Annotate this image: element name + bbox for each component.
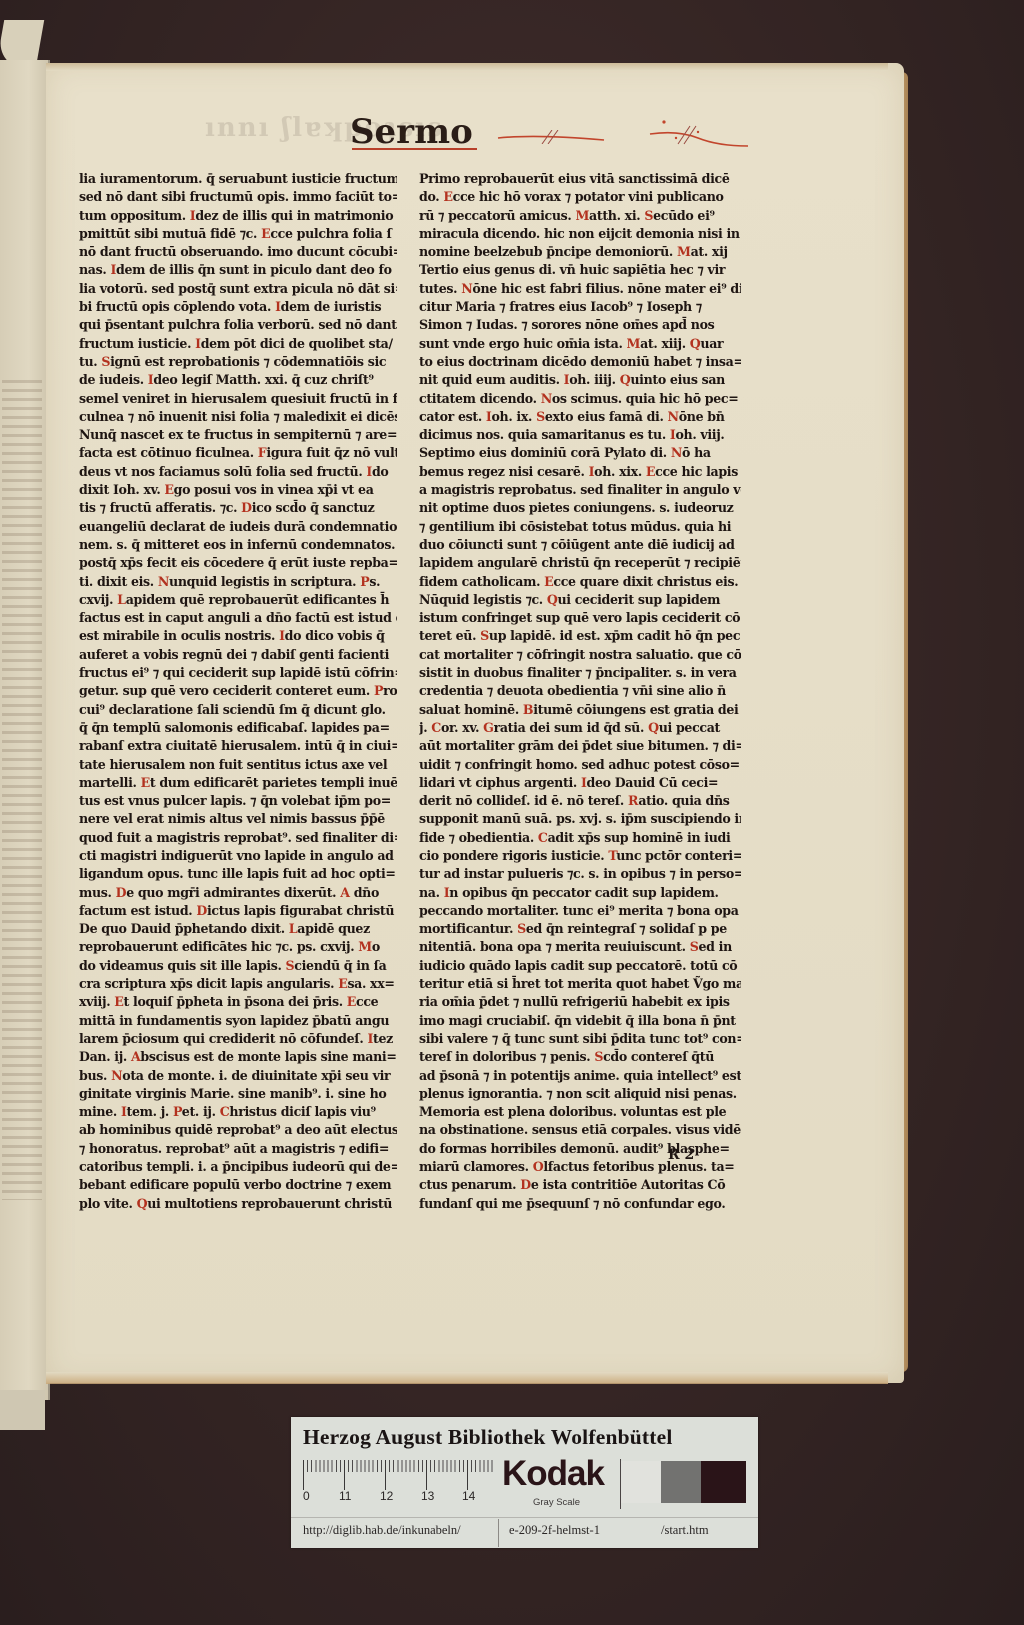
page-bottom-stain	[46, 1372, 888, 1384]
rubricated-initial: C	[220, 1104, 230, 1119]
rubricated-initial: E	[338, 976, 347, 991]
text-line: tum oppositum. Idez de illis qui in matr…	[79, 207, 397, 225]
text-line: Memoria est plena doloribus. voluntas es…	[419, 1103, 741, 1121]
text-line: tutes. Nōne hic est fabri filius. nōne m…	[419, 280, 741, 298]
text-line: dicimus nos. quia samaritanus es tu. Ioh…	[419, 426, 741, 444]
ruler-number: 12	[380, 1489, 393, 1503]
text-line: larem p̄ciosum qui crediderit nō cōfunde…	[79, 1030, 397, 1048]
rubricated-initial: I	[366, 464, 372, 479]
text-line: cxvij. Lapidem quē reprobauerūt edifican…	[79, 591, 397, 609]
text-line: sibi valere ⁊ q̄ tunc sunt sibi p̄dita t…	[419, 1030, 741, 1048]
rubricated-initial: D	[520, 1177, 531, 1192]
text-line: to eius doctrinam dicēdo demoniū habet ⁊…	[419, 353, 741, 371]
rubricated-initial: S	[101, 354, 110, 369]
rubricated-initial: S	[480, 628, 489, 643]
rubricated-initial: I	[279, 628, 285, 643]
rubricated-initial: S	[644, 208, 653, 223]
text-line: lapidem angularē christū q̄n receperūt ⁊…	[419, 554, 741, 572]
text-line: istum confringet sup quē vero lapis ceci…	[419, 609, 741, 627]
text-line: Simon ⁊ Iudas. ⁊ sorores nōne om̄es apd̄…	[419, 316, 741, 334]
text-line: miracula dicendo. hic non eijcit demonia…	[419, 225, 741, 243]
text-line: fide ⁊ obedientia. Cadit xp̄s sup hominē…	[419, 829, 741, 847]
text-line: saluat hominē. Bitumē cōiungens est grat…	[419, 701, 741, 719]
rubricated-initial: E	[261, 226, 270, 241]
text-line: quod fuit a magistris reprobat⁹. sed fin…	[79, 829, 397, 847]
text-line: nas. Idem de illis q̄n sunt in piculo da…	[79, 261, 397, 279]
rubricated-initial: P	[374, 683, 383, 698]
text-line: Dan. ij. Abscisus est de monte lapis sin…	[79, 1048, 397, 1066]
text-line: de iudeis. Ideo legiſ Matth. xxi. q̄ cuz…	[79, 371, 397, 389]
rubricated-initial: S	[517, 921, 526, 936]
flourish-mark-2	[648, 120, 750, 148]
text-line: nem. s. q̄ mitteret eos in infernū conde…	[79, 536, 397, 554]
text-line: a magistris reprobatus. sed finaliter in…	[419, 481, 741, 499]
rubricated-initial: I	[581, 775, 587, 790]
gray-scale-label: Gray Scale	[533, 1497, 580, 1508]
text-line: Tertio eius genus di. vn̄ huic sapiētia …	[419, 261, 741, 279]
rubricated-initial: Q	[620, 372, 631, 387]
running-head: Sermo	[350, 112, 473, 152]
rubricated-initial: E	[164, 482, 173, 497]
rubricated-initial: L	[289, 921, 298, 936]
text-line: cra scriptura xp̄s dicit lapis angularis…	[79, 975, 397, 993]
text-line: ⁊ gentilium ibi cōsistebat totus mūdus. …	[419, 518, 741, 536]
text-line: tereſ in doloribus ⁊ penis. Scd̄o conter…	[419, 1048, 741, 1066]
rubricated-initial: Q	[648, 720, 659, 735]
text-line: tis ⁊ fructū afferatis. ⁊c. Dico scd̄o q…	[79, 499, 397, 517]
rubricated-initial: M	[575, 208, 589, 223]
text-line: ⁊ honoratus. reprobat⁹ aūt a magistris ⁊…	[79, 1140, 397, 1158]
rubricated-initial: I	[148, 372, 154, 387]
rubricated-initial: I	[444, 885, 450, 900]
measurement-ruler: 0 11 12 13 14	[303, 1460, 493, 1506]
ruler-number: 11	[339, 1489, 351, 1503]
rubricated-initial: N	[461, 281, 472, 296]
rubricated-initial: E	[114, 994, 123, 1009]
text-line: factus est in caput anguli a dn̄o factū …	[79, 609, 397, 627]
text-line: Nunq̄ nascet ex te fructus in sempiternū…	[79, 426, 397, 444]
text-line: imo magi cruciabiſ. q̄n videbit q̄ illa …	[419, 1012, 741, 1030]
text-line: nitentiā. bona opa ⁊ merita reuiuiscunt.…	[419, 938, 741, 956]
text-line: semel veniret in hierusalem quesiuit fru…	[79, 390, 397, 408]
ruler-major-tick	[385, 1460, 386, 1490]
text-line: iudicio quādo lapis cadit sup peccatorē.…	[419, 957, 741, 975]
text-line: cat mortaliter ⁊ cōfringit nostra saluat…	[419, 646, 741, 664]
url-cell-divider	[498, 1519, 499, 1547]
text-line: martelli. Et dum edificarēt parietes tem…	[79, 774, 397, 792]
text-column-right: Primo reprobauerūt eius vitā sanctissimā…	[419, 170, 741, 1213]
rubricated-initial: O	[533, 1159, 544, 1174]
text-line: ligandum opus. tunc ille lapis fuit ad h…	[79, 865, 397, 883]
rubricated-initial: I	[486, 409, 492, 424]
text-line: Primo reprobauerūt eius vitā sanctissimā…	[419, 170, 741, 188]
rubricated-initial: N	[671, 445, 682, 460]
ruler-major-tick	[426, 1460, 427, 1490]
text-line: tu. Signū est reprobationis ⁊ cōdemnatiō…	[79, 353, 397, 371]
text-line: cti magistri indiguerūt vno lapide in an…	[79, 847, 397, 865]
text-line: q̄ q̄n templū salomonis edificabaſ. lapi…	[79, 719, 397, 737]
rubricated-initial: E	[347, 994, 356, 1009]
rubricated-initial: A	[131, 1049, 140, 1064]
library-label-card: Herzog August Bibliothek Wolfenbüttel 0 …	[291, 1417, 758, 1548]
ruler-ticks	[303, 1460, 493, 1482]
text-line: mine. Item. j. Pet. ij. Christus diciſ l…	[79, 1103, 397, 1121]
gray-patch-black	[701, 1461, 746, 1503]
text-line: fidem catholicam. Ecce quare dixit chris…	[419, 573, 741, 591]
ruler-number: 13	[421, 1489, 434, 1503]
text-line: Septimo eius dominiū corā Pylato di. Nō …	[419, 444, 741, 462]
rubricated-initial: I	[564, 372, 570, 387]
flourish-mark-1	[496, 130, 606, 144]
ruler-major-tick	[344, 1460, 345, 1490]
text-line: nit optime duos pietes coniungens. s. iu…	[419, 499, 741, 517]
rubricated-initial: C	[538, 830, 548, 845]
text-line: bus. Nota de monte. i. de diuinitate xp̄…	[79, 1067, 397, 1085]
text-line: fructum iusticie. Idem pōt dici de quoli…	[79, 335, 397, 353]
text-line: postq̄ xp̄s fecit eis cōcedere q̄ erūt i…	[79, 554, 397, 572]
text-line: dixit Ioh. xv. Ego posui vos in vinea xp…	[79, 481, 397, 499]
rubricated-initial: S	[690, 939, 699, 954]
rubricated-initial: I	[275, 299, 281, 314]
text-line: sistit in duobus finaliter ⁊ p̄ncipalite…	[419, 664, 741, 682]
text-line: derit nō collideſ. id ē. nō tereſ. Ratio…	[419, 792, 741, 810]
rubricated-initial: E	[443, 189, 452, 204]
rubricated-initial: E	[646, 464, 655, 479]
rubricated-initial: N	[158, 574, 169, 589]
text-line: teritur etiā si h̄ret tot merita quot ha…	[419, 975, 741, 993]
text-line: deus vt nos faciamus solū folia sed fruc…	[79, 463, 397, 481]
text-line: bebant edificare populū verbo doctrine ⁊…	[79, 1176, 397, 1194]
text-line: na obstinatione. sensus etiā corpales. v…	[419, 1121, 741, 1139]
rubricated-initial: E	[141, 775, 150, 790]
text-line: duo cōiuncti sunt ⁊ cōiūgent ante diē iu…	[419, 536, 741, 554]
text-line: lidari vt ciphus argenti. Ideo Dauid Cū …	[419, 774, 741, 792]
rubricated-initial: I	[670, 427, 676, 442]
text-line: nit quid eum auditis. Ioh. iiij. Quinto …	[419, 371, 741, 389]
text-line: do. Ecce hic hō vorax ⁊ potator vini pub…	[419, 188, 741, 206]
facing-page-left	[0, 60, 50, 1400]
text-line: De quo Dauid p̄phetando dixit. Lapidē qu…	[79, 920, 397, 938]
rubricated-initial: I	[367, 1031, 373, 1046]
text-line: mortificantur. Sed q̄n reintegraſ ⁊ soli…	[419, 920, 741, 938]
shelfmark: e-209-2f-helmst-1	[509, 1523, 600, 1538]
rubricated-initial: M	[627, 336, 641, 351]
text-line: plo vite. Qui multotiens reprobauerunt c…	[79, 1195, 397, 1213]
text-line: ginitate virginis Marie. sine manib⁹. i.…	[79, 1085, 397, 1103]
text-line: mus. De quo mgr̄i admirantes dixerūt. A …	[79, 884, 397, 902]
text-line: catoribus templi. i. a p̄ncipibus iudeor…	[79, 1158, 397, 1176]
rubricated-initial: Q	[137, 1196, 148, 1211]
rubricated-initial: P	[360, 574, 369, 589]
text-line: reprobauerunt edificātes hic ⁊c. ps. cxv…	[79, 938, 397, 956]
text-line: nō dant fructū obseruando. imo ducunt cō…	[79, 243, 397, 261]
rubricated-initial: I	[589, 464, 595, 479]
rubricated-initial: L	[117, 592, 126, 607]
url-row-divider	[291, 1517, 758, 1518]
text-line: plenus ignorantia. ⁊ non scit aliquid ni…	[419, 1085, 741, 1103]
rubricated-initial: D	[196, 903, 207, 918]
text-line: cio pondere rigoris iusticie. Tunc pctōr…	[419, 847, 741, 865]
rubricated-initial: A	[340, 885, 349, 900]
text-line: est mirabile in oculis nostris. Ido dico…	[79, 627, 397, 645]
rubricated-initial: S	[286, 958, 295, 973]
kodak-logo: Kodak	[502, 1454, 604, 1494]
rubricated-initial: P	[173, 1104, 182, 1119]
text-line: na. In opibus q̄n peccator cadit sup lap…	[419, 884, 741, 902]
text-line: ria om̄ia p̄det ⁊ nullū refrigeriū habeb…	[419, 993, 741, 1011]
text-line: ti. dixit eis. Nunquid legistis in scrip…	[79, 573, 397, 591]
running-head-text: Sermo	[350, 112, 473, 152]
label-url-row: http://diglib.hab.de/inkunabeln/ e-209-2…	[291, 1517, 758, 1548]
text-line: rabanſ extra ciuitatē hierusalem. intū q…	[79, 737, 397, 755]
text-line: lia votorū. sed postq̄ sunt extra picula…	[79, 280, 397, 298]
text-line: qui p̄sentant pulchra folia verborū. sed…	[79, 316, 397, 334]
rubricated-initial: S	[536, 409, 545, 424]
text-line: sunt vnde ergo huic om̄ia ista. Mat. xii…	[419, 335, 741, 353]
text-line: Nūquid legistis ⁊c. Qui ceciderit sup la…	[419, 591, 741, 609]
text-line: cui⁹ declaratione ſali sciendū ſm q̄ dic…	[79, 701, 397, 719]
text-line: fructus ei⁹ ⁊ qui ceciderit sup lapidē i…	[79, 664, 397, 682]
rubricated-initial: F	[258, 445, 267, 460]
text-line: tus est vnus pulcer lapis. ⁊ q̄n volebat…	[79, 792, 397, 810]
rubricated-initial: D	[241, 500, 252, 515]
rubricated-initial: R	[628, 793, 638, 808]
rubricated-initial: M	[677, 244, 691, 259]
library-name: Herzog August Bibliothek Wolfenbüttel	[303, 1425, 673, 1450]
text-line: aūt mortaliter grām dei p̄det siue bitum…	[419, 737, 741, 755]
rubricated-initial: N	[111, 1068, 122, 1083]
rubricated-initial: Q	[690, 336, 701, 351]
rubricated-initial: M	[358, 939, 372, 954]
text-line: do videamus quis sit ille lapis. Sciendū…	[79, 957, 397, 975]
text-line: teret eū. Sup lapidē. id est. xp̄m cadit…	[419, 627, 741, 645]
rubricated-initial: Q	[547, 592, 558, 607]
rubricated-initial: I	[190, 208, 196, 223]
ruler-major-tick	[303, 1460, 304, 1490]
text-line: peccando mortaliter. tunc ei⁹ merita ⁊ b…	[419, 902, 741, 920]
running-head-underline	[352, 148, 477, 150]
rubricated-initial: E	[544, 574, 553, 589]
text-line: tate hierusalem non fuit sentitus ictus …	[79, 756, 397, 774]
rubricated-initial: N	[541, 391, 552, 406]
url-suffix: /start.htm	[661, 1523, 709, 1538]
text-line: ctus penarum. De ista contritiōe Autorit…	[419, 1176, 741, 1194]
url-prefix: http://diglib.hab.de/inkunabeln/	[303, 1523, 461, 1538]
text-line: culnea ⁊ nō inuenit nisi folia ⁊ maledix…	[79, 408, 397, 426]
text-line: uidit ⁊ confringit homo. sed adhuc potes…	[419, 756, 741, 774]
text-line: citur Maria ⁊ fratres eius Iacob⁹ ⁊ Iose…	[419, 298, 741, 316]
rubricated-initial: I	[121, 1104, 127, 1119]
text-line: j. Cor. xv. Gratia dei sum id q̄d sū. Qu…	[419, 719, 741, 737]
rubricated-initial: G	[483, 720, 493, 735]
rubricated-initial: C	[431, 720, 441, 735]
text-line: rū ⁊ peccatorū amicus. Matth. xi. Secūdo…	[419, 207, 741, 225]
rubricated-initial: B	[523, 702, 533, 717]
gray-patch-white	[621, 1461, 661, 1503]
text-line: bemus regez nisi cesarē. Ioh. xix. Ecce …	[419, 463, 741, 481]
text-line: mittā in fundamentis syon lapidez p̄batū…	[79, 1012, 397, 1030]
text-line: ad p̄sonā ⁊ in potentijs anime. quia int…	[419, 1067, 741, 1085]
text-line: bi fructū opis cōplendo vota. Idem de iu…	[79, 298, 397, 316]
text-line: xviij. Et loquiſ p̄pheta in p̄sona dei p…	[79, 993, 397, 1011]
text-line: ab hominibus quidē reprobat⁹ a deo aūt e…	[79, 1121, 397, 1139]
rubricated-initial: T	[608, 848, 616, 863]
text-line: facta est cōtinuo ficulnea. Figura fuit …	[79, 444, 397, 462]
text-line: auferet a vobis regnū dei ⁊ dabiſ genti …	[79, 646, 397, 664]
text-line: factum est istud. Dictus lapis figurabat…	[79, 902, 397, 920]
text-line: getur. sup quē vero ceciderit conteret e…	[79, 682, 397, 700]
text-line: cator est. Ioh. ix. Sexto eius famā di. …	[419, 408, 741, 426]
facing-page-text-bleed	[2, 380, 42, 1200]
left-page-bottom	[0, 1390, 45, 1430]
gray-patch-mid	[661, 1461, 701, 1503]
text-line: ctitatem dicendo. Nos scimus. quia hic h…	[419, 390, 741, 408]
text-line: fundanſ qui me p̄sequunſ ⁊ nō confundar …	[419, 1195, 741, 1213]
rubricated-initial: N	[668, 409, 679, 424]
page-top-stain	[46, 63, 888, 71]
text-column-left: lia iuramentorum. q̄ seruabunt iusticie …	[79, 170, 397, 1213]
text-line: credentia ⁊ deuota obedientia ⁊ vn̄i sin…	[419, 682, 741, 700]
text-line: nomine beelzebub p̄ncipe demoniorū. Mat.…	[419, 243, 741, 261]
rubricated-initial: I	[110, 262, 116, 277]
ruler-major-tick	[467, 1460, 468, 1490]
rubricated-initial: S	[594, 1049, 603, 1064]
ruler-number: 14	[462, 1489, 475, 1503]
text-line: euangeliū declarat de iudeis durā condem…	[79, 518, 397, 536]
rubricated-initial: I	[195, 336, 201, 351]
text-line: supponit manū suā. ps. xvj. s. ip̄m susc…	[419, 810, 741, 828]
ruler-number: 0	[303, 1489, 310, 1503]
text-line: tur ad instar pulueris ⁊c. s. in opibus …	[419, 865, 741, 883]
text-line: sed nō dant sibi fructumū opis. immo fac…	[79, 188, 397, 206]
text-line: nere vel erat nimis altus vel nimis bass…	[79, 810, 397, 828]
text-line: lia iuramentorum. q̄ seruabunt iusticie …	[79, 170, 397, 188]
text-line: pmittūt sibi mutuā fidē ⁊c. Ecce pulchra…	[79, 225, 397, 243]
folio-signature: R 2	[668, 1147, 694, 1163]
rubricated-initial: D	[116, 885, 127, 900]
